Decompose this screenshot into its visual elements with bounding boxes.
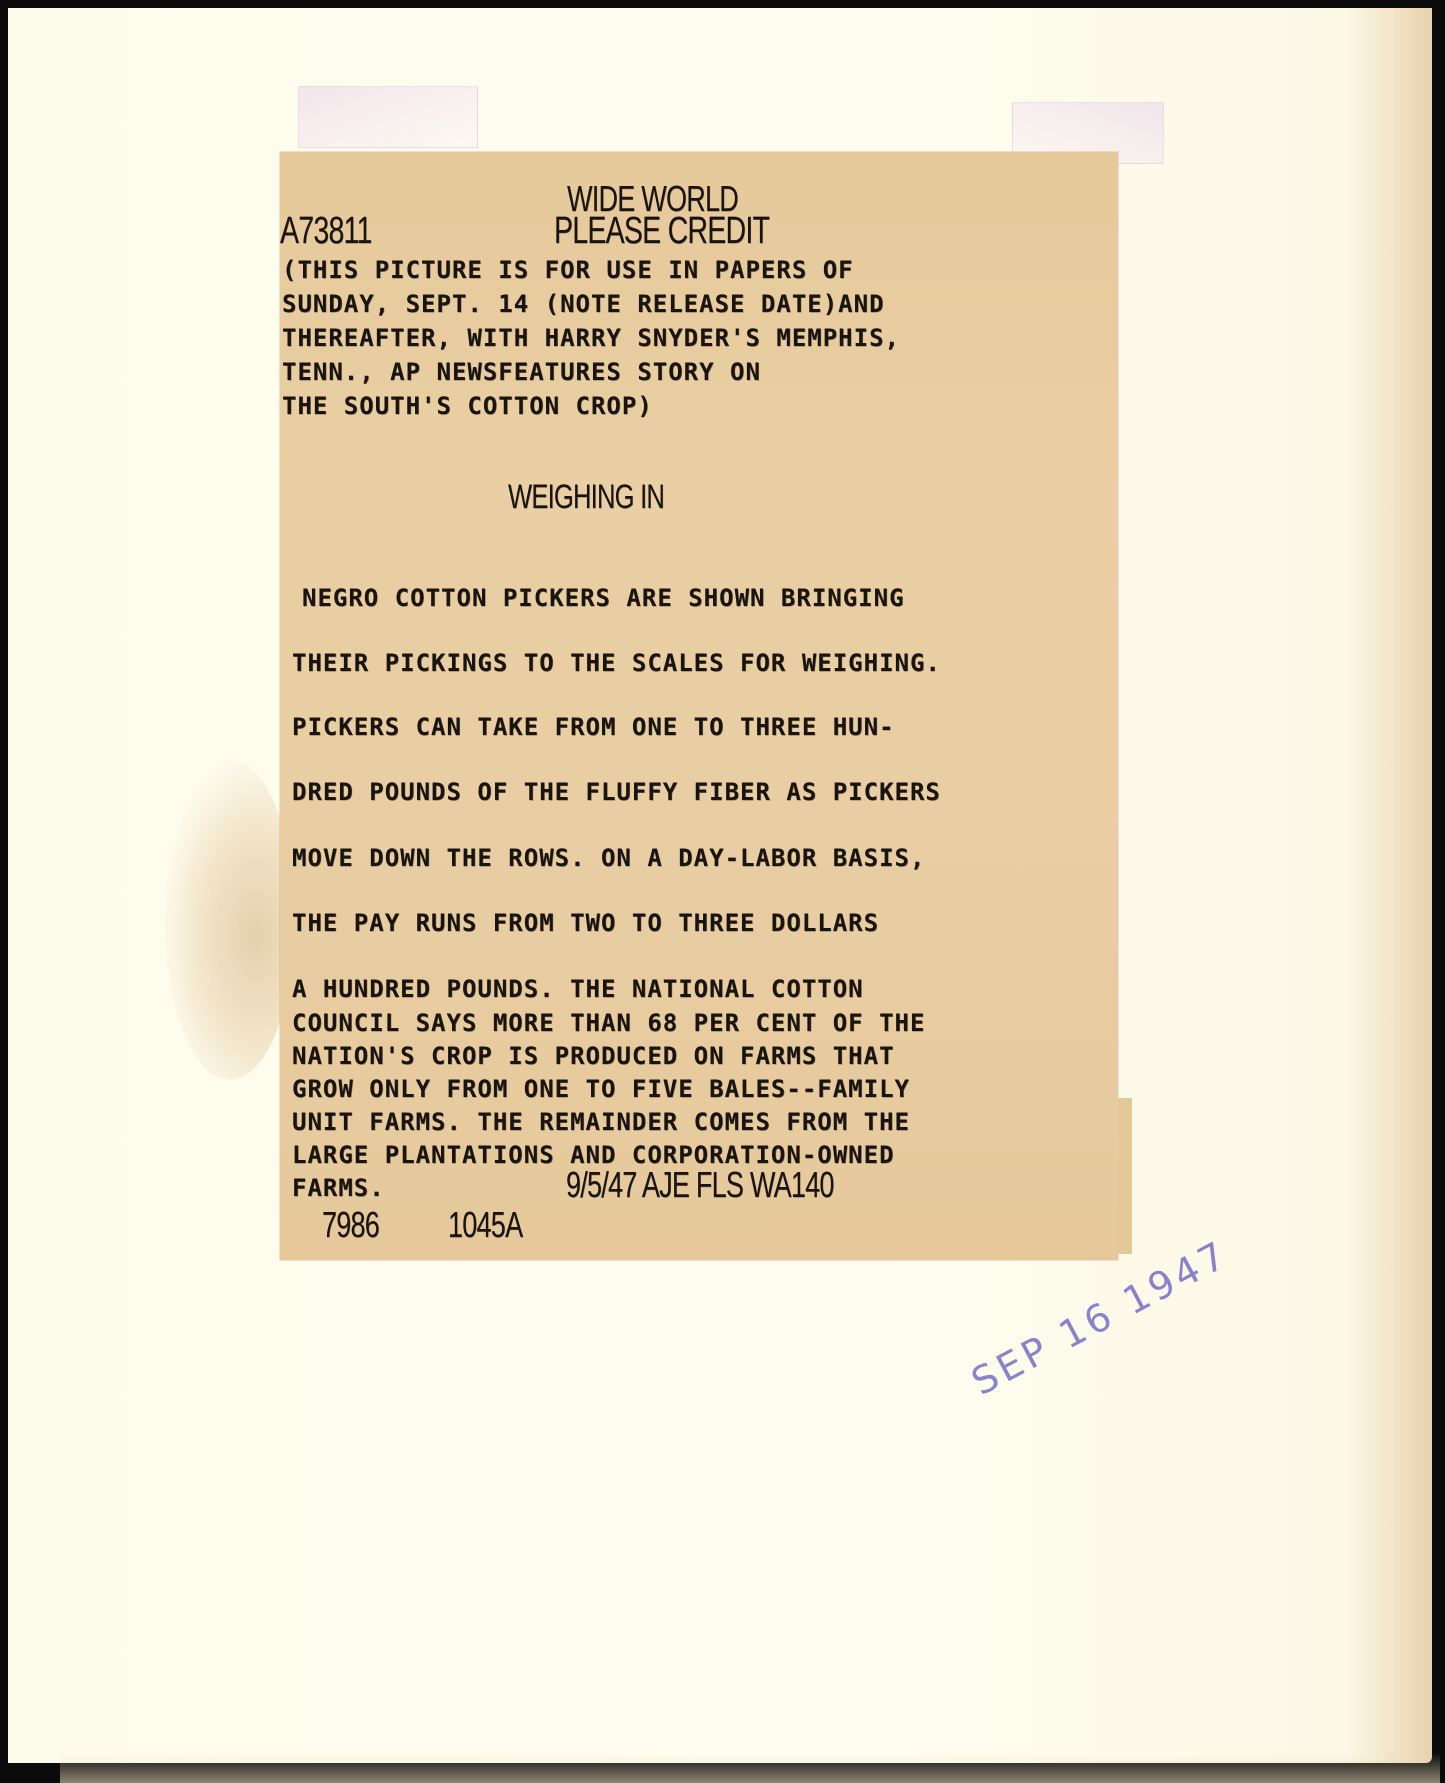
body-line: MOVE DOWN THE ROWS. ON A DAY-LABOR BASIS…	[292, 844, 925, 872]
headline: WEIGHING IN	[508, 478, 664, 517]
paper-stain	[165, 760, 295, 1080]
release-note-line: THEREAFTER, WITH HARRY SNYDER'S MEMPHIS,	[282, 324, 900, 352]
body-line: COUNCIL SAYS MORE THAN 68 PER CENT OF TH…	[292, 1009, 925, 1037]
body-line: THEIR PICKINGS TO THE SCALES FOR WEIGHIN…	[292, 649, 941, 677]
photo-number: A73811	[280, 210, 372, 253]
release-note-line: SUNDAY, SEPT. 14 (NOTE RELEASE DATE)AND	[282, 290, 885, 318]
body-line: PICKERS CAN TAKE FROM ONE TO THREE HUN-	[292, 713, 895, 741]
photo-edge-shadow	[60, 1753, 1440, 1783]
tape-left	[298, 86, 478, 148]
release-note-line: THE SOUTH'S COTTON CROP)	[282, 392, 653, 420]
body-line: THE PAY RUNS FROM TWO TO THREE DOLLARS	[292, 909, 879, 937]
body-line: NEGRO COTTON PICKERS ARE SHOWN BRINGING	[302, 584, 905, 612]
body-line: GROW ONLY FROM ONE TO FIVE BALES--FAMILY	[292, 1075, 910, 1103]
body-last-word: FARMS.	[292, 1174, 385, 1202]
caption-card: WIDE WORLD A73811 PLEASE CREDIT (THIS PI…	[280, 152, 1118, 1260]
credit-line: PLEASE CREDIT	[554, 210, 769, 253]
body-line: DRED POUNDS OF THE FLUFFY FIBER AS PICKE…	[292, 778, 941, 806]
release-note-line: TENN., AP NEWSFEATURES STORY ON	[282, 358, 761, 386]
footer-code: 7986	[322, 1204, 379, 1246]
card-flap	[1118, 1098, 1132, 1254]
body-line: A HUNDRED POUNDS. THE NATIONAL COTTON	[292, 975, 864, 1003]
dateline: 9/5/47 AJE FLS WA140	[566, 1164, 834, 1206]
body-line: NATION'S CROP IS PRODUCED ON FARMS THAT	[292, 1042, 895, 1070]
body-line: UNIT FARMS. THE REMAINDER COMES FROM THE	[292, 1108, 910, 1136]
release-note-line: (THIS PICTURE IS FOR USE IN PAPERS OF	[282, 256, 854, 284]
footer-code: 1045A	[448, 1204, 522, 1246]
